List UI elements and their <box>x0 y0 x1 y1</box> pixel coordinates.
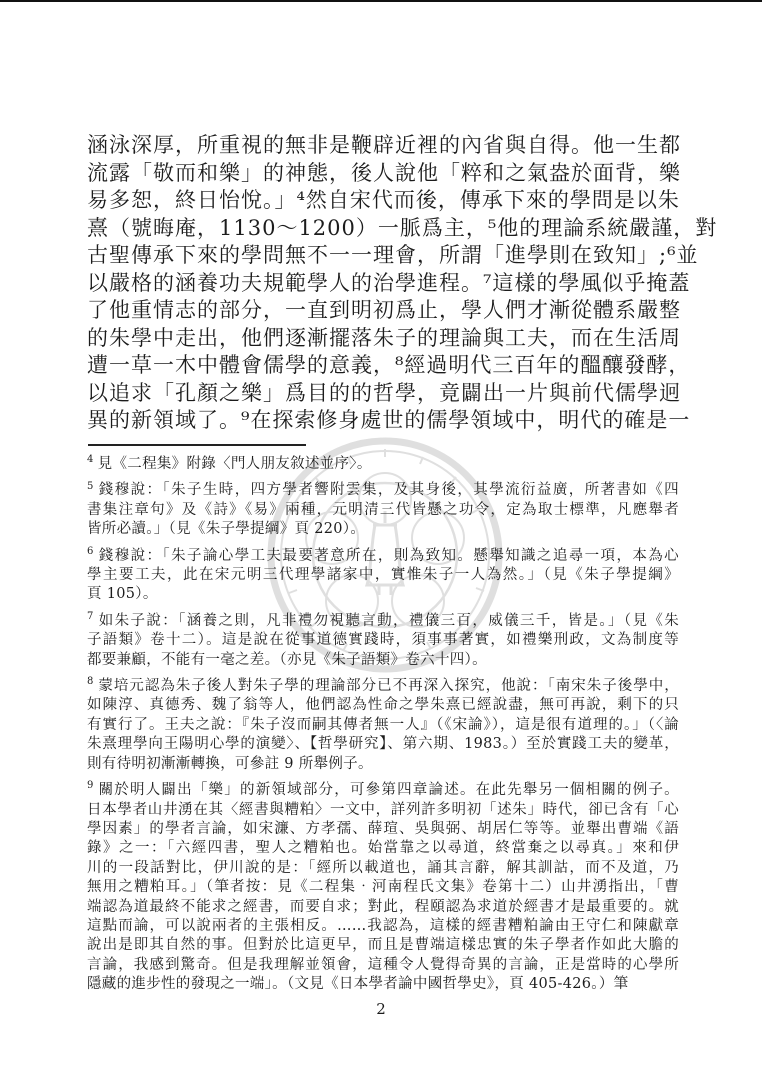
footnote-line: 川的一段話對比，伊川說的是：「經所以載道也，誦其言辭，解其訓詁，而不及道，乃 <box>87 859 679 878</box>
page-number: 2 <box>0 1000 762 1018</box>
footnote-number: 9 <box>87 780 98 791</box>
footnote-line: 無用之糟粕耳。」（筆者按：見《二程集‧河南程氏文集》卷第十二）山井湧指出，「曹 <box>87 878 679 897</box>
footnote-line: 有實行了。王夫之說：『朱子沒而嗣其傳者無一人』（《宋論》），這是很有道理的。」（… <box>87 716 679 735</box>
body-line: 了他重情志的部分，一直到明初爲止，學人們才漸從體系嚴整 <box>87 297 677 325</box>
footnote-7: 7如朱子說：「涵養之則，凡非禮勿視聽言動，禮儀三百，威儀三千，皆是。」（見《朱子… <box>87 612 679 670</box>
main-paragraph: 涵泳深厚，所重視的無非是鞭辟近裡的內省與自得。他一生都流露「敬而和樂」的神態，後… <box>87 132 677 435</box>
footnote-line: 子語類》卷十二）。這是說在從事道德實踐時，須事事著實，如禮樂刑政，文為制度等 <box>87 631 679 650</box>
footnote-line: 7如朱子說：「涵養之則，凡非禮勿視聽言動，禮儀三百，威儀三千，皆是。」（見《朱 <box>87 612 679 631</box>
body-line: 的朱學中走出，他們逐漸擺落朱子的理論與工夫，而在生活周 <box>87 325 677 353</box>
footnote-line: 學主要工夫，此在宋元明三代理學諸家中，實惟朱子一人為然。」（見《朱子學提綱》 <box>87 566 679 585</box>
footnote-line: 言論，我感到驚奇。但是我理解並領會，這種令人覺得奇異的言論，正是當時的心學所 <box>87 956 679 975</box>
footnote-5: 5錢穆說：「朱子生時，四方學者響附雲集，及其身後，其學流衍益廣，所著書如《四書集… <box>87 481 679 539</box>
footnote-number: 8 <box>87 676 98 687</box>
footnote-number: 4 <box>87 454 98 465</box>
body-line: 古聖傳承下來的學問無不一一理會，所謂「進學則在致知」;⁶並 <box>87 242 677 270</box>
body-line: 熹（號晦庵，1130～1200）一脈爲主，⁵他的理論系統嚴謹，對 <box>87 215 677 243</box>
body-line: 以追求「孔顏之樂」爲目的的哲學，竟闢出一片與前代儒學迥 <box>87 380 677 408</box>
footnote-line: 都要兼顧，不能有一毫之差。（亦見《朱子語類》卷六十四）。 <box>87 651 679 670</box>
footnote-line: 9關於明人闢出「樂」的新領域部分，可參第四章論述。在此先舉另一個相關的例子。 <box>87 781 679 800</box>
body-line: 易多恕，終日怡悅。」⁴然自宋代而後，傳承下來的學問是以朱 <box>87 187 677 215</box>
footnote-line: 端認為道最終不能求之經書，而要自求；對此，程頤認為求道於經書才是最重要的。就 <box>87 898 679 917</box>
footnote-6: 6錢穆說：「朱子論心學工夫最要著意所在，則為致知。懸舉知識之追尋一項，本為心學主… <box>87 547 679 605</box>
footnotes: 4見《二程集》附錄〈門人朋友敘述並序〉。5錢穆說：「朱子生時，四方學者響附雲集，… <box>87 455 679 1002</box>
footnote-number: 7 <box>87 611 98 622</box>
footnote-4: 4見《二程集》附錄〈門人朋友敘述並序〉。 <box>87 455 679 474</box>
footnote-line: 皆所必讀。」（見《朱子學提綱》頁 220）。 <box>87 520 679 539</box>
footnote-line: 錄》之一：「六經四書，聖人之糟粕也。始當靠之以尋道，終當棄之以尋真。」來和伊 <box>87 839 679 858</box>
footnote-line: 如陳淳、真德秀、魏了翁等人，他們認為性命之學朱熹已經說盡，無可再說，剩下的只 <box>87 696 679 715</box>
footnote-number: 5 <box>87 481 98 492</box>
body-line: 流露「敬而和樂」的神態，後人說他「粹和之氣盎於面背，樂 <box>87 160 677 188</box>
body-line: 異的新領域了。⁹在探索修身處世的儒學領域中，明代的確是一 <box>87 407 677 435</box>
footnote-line: 6錢穆說：「朱子論心學工夫最要著意所在，則為致知。懸舉知識之追尋一項，本為心 <box>87 547 679 566</box>
scan-edge-artifact <box>0 0 762 2</box>
scanned-document-page: 涵泳深厚，所重視的無非是鞭辟近裡的內省與自得。他一生都流露「敬而和樂」的神態，後… <box>0 0 762 1078</box>
footnote-separator <box>88 444 306 446</box>
footnote-line: 4見《二程集》附錄〈門人朋友敘述並序〉。 <box>87 455 679 474</box>
body-line: 以嚴格的涵養功夫規範學人的治學進程。⁷這樣的學風似乎掩蓋 <box>87 270 677 298</box>
footnote-line: 日本學者山井湧在其〈經書與糟粕〉一文中，詳列許多明初「述朱」時代，卻已含有「心 <box>87 801 679 820</box>
footnote-line: 學因素」的學者言論，如宋濂、方孝孺、薛瑄、吳與弼、胡居仁等等。並舉出曹端《語 <box>87 820 679 839</box>
body-line: 涵泳深厚，所重視的無非是鞭辟近裡的內省與自得。他一生都 <box>87 132 677 160</box>
footnote-line: 隱藏的進步性的發現之一端」。（文見《日本學者論中國哲學史》，頁 405-426。… <box>87 975 679 994</box>
footnote-line: 這點而論，可以說兩者的主張相反。……我認為，這樣的經書糟粕論由王守仁和陳獻章 <box>87 917 679 936</box>
footnote-line: 5錢穆說：「朱子生時，四方學者響附雲集，及其身後，其學流衍益廣，所著書如《四 <box>87 481 679 500</box>
footnote-line: 頁 105）。 <box>87 585 679 604</box>
footnote-9: 9關於明人闢出「樂」的新領域部分，可參第四章論述。在此先舉另一個相關的例子。日本… <box>87 781 679 994</box>
footnote-line: 8蒙培元認為朱子後人對朱子學的理論部分已不再深入探究，他說：「南宋朱子後學中， <box>87 677 679 696</box>
footnote-line: 書集注章句》及《詩》《易》兩種，元明清三代皆懸之功令，定為取士標準，凡應舉者 <box>87 501 679 520</box>
body-line: 遭一草一木中體會儒學的意義，⁸經過明代三百年的醞釀發酵， <box>87 352 677 380</box>
footnote-line: 說出是即其自然的事。但對於比這更早，而且是曹端這樣忠實的朱子學者作如此大膽的 <box>87 936 679 955</box>
footnote-8: 8蒙培元認為朱子後人對朱子學的理論部分已不再深入探究，他說：「南宋朱子後學中，如… <box>87 677 679 774</box>
footnote-number: 6 <box>87 546 98 557</box>
footnote-line: 則有待明初漸漸轉換，可參註 9 所舉例子。 <box>87 755 679 774</box>
footnote-line: 朱熹理學向王陽明心學的演變〉、【哲學研究】、第六期、1983。）至於實踐工夫的變… <box>87 735 679 754</box>
